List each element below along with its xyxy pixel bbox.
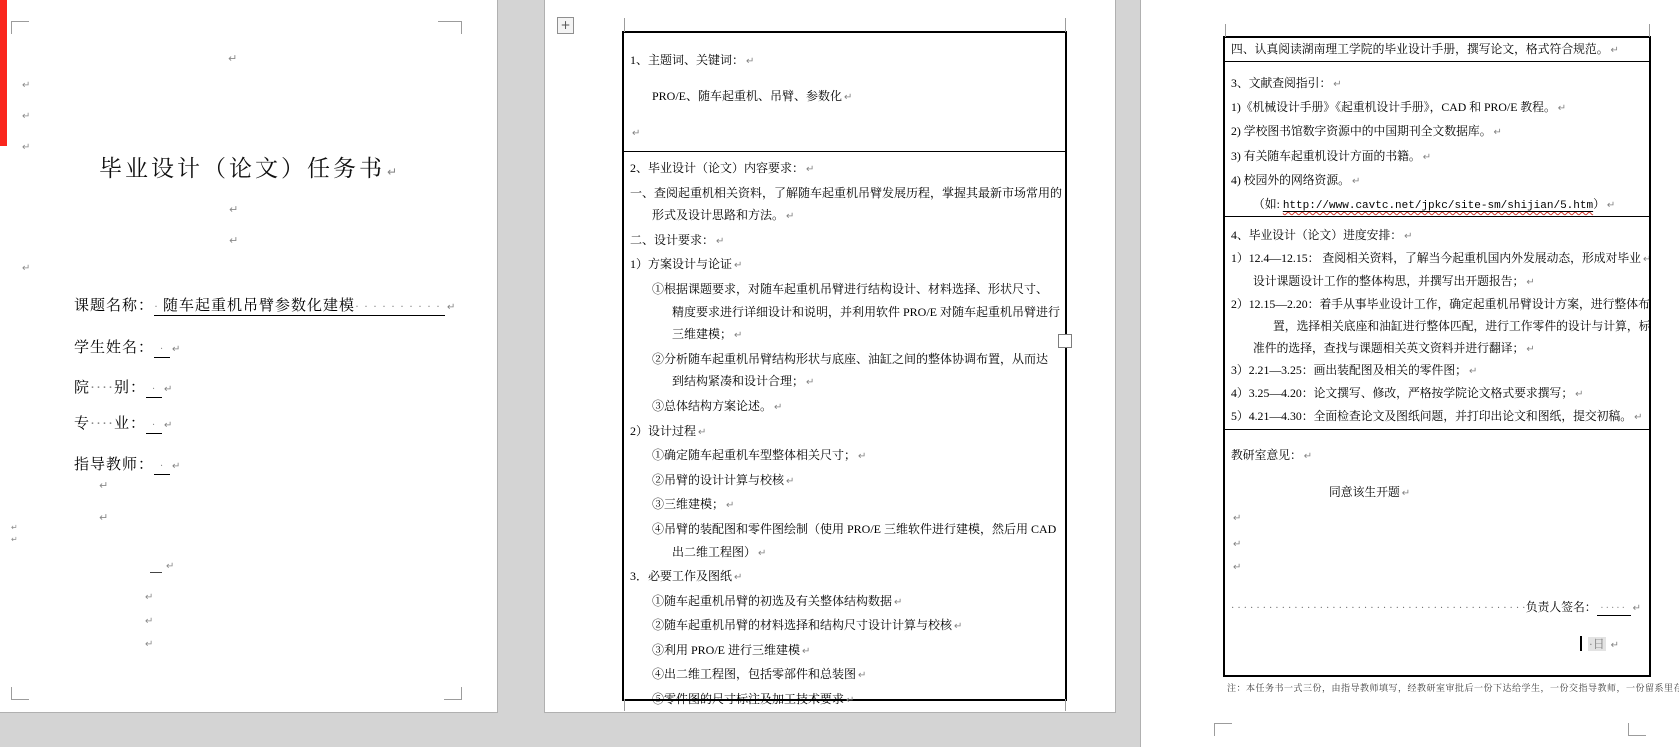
text-line[interactable]: ④出二维工程图，包括零部件和总装图↵ (624, 663, 1065, 688)
field-label: 院 (74, 380, 90, 396)
pilcrow-mark: ↵ (1573, 389, 1583, 400)
field-label: 别： (114, 380, 146, 396)
pilcrow-mark: ↵ (11, 523, 18, 532)
blank-underline[interactable]: · (154, 342, 170, 358)
office-opinion-label: 教研室意见： (1231, 448, 1302, 462)
text-line[interactable]: 四、认真阅读湖南理工学院的毕业设计手册，撰写论文，格式符合规范。↵ (1225, 38, 1649, 62)
text-run: 4）3.25—4.20：论文撰写、修改，严格按学院论文格式要求撰写； (1231, 386, 1573, 400)
field-label: ···· (90, 380, 114, 396)
text-line[interactable]: 1）12.4—12.15： 查阅相关资料，了解当今起重机国内外发展动态，形成对毕… (1225, 248, 1649, 271)
text-line[interactable]: 置，选择相关底座和油缸进行整体匹配，进行工作零件的设计与计算，标 (1225, 316, 1649, 338)
text-cursor (1580, 636, 1582, 651)
text-run: ②随车起重机吊臂的材料选择和结构尺寸设计计算与校核 (652, 618, 952, 632)
left-edge-red-marker (0, 0, 7, 146)
pilcrow-mark: ↵ (22, 80, 30, 91)
text-line[interactable]: 1、主题词、关键词：↵ (624, 43, 1065, 79)
pilcrow-mark: ↵ (170, 344, 181, 355)
pilcrow-mark: ↵ (844, 695, 854, 706)
pilcrow-mark: ↵ (1350, 176, 1360, 187)
text-run: 出二维工程图） (672, 545, 756, 559)
date-line[interactable]: ·日 ↵ (1225, 636, 1649, 654)
text-line[interactable]: ②吊臂的设计计算与校核↵ (624, 469, 1065, 494)
text-line[interactable]: ①根据课题要求，对随车起重机吊臂进行结构设计、材料选择、形状尺寸、 (624, 278, 1065, 301)
margin-crop-mark (1628, 735, 1646, 736)
pilcrow-mark: ↵ (385, 165, 400, 179)
field-label: 学生姓名： (74, 340, 154, 356)
pilcrow-mark: ↵ (1556, 103, 1566, 114)
signature-line[interactable]: ········································… (1225, 599, 1649, 617)
page-title[interactable]: 毕业设计（论文）任务书↵ (99, 150, 400, 183)
pilcrow-mark: ↵ (1402, 231, 1412, 242)
text-line[interactable]: 形式及设计思路和方法。↵ (624, 204, 1065, 229)
pilcrow-mark: ↵ (732, 572, 742, 583)
text-run: 2、毕业设计（论文）内容要求： (630, 161, 804, 175)
text-run: 1）12.4—12.15： 查阅相关资料，了解当今起重机国内外发展动态，形成对毕… (1231, 251, 1641, 265)
pilcrow-mark: ↵ (1641, 254, 1649, 265)
field-value: 随车起重机吊臂参数化建模 (163, 298, 355, 314)
text-run: 2）12.15—2.20：着手从事毕业设计工作，确定起重机吊臂设计方案，进行整体… (1231, 297, 1649, 311)
footnote-text: 注：本任务书一式三份，由指导教师填写，经教研室审批后一份下达给学生，一份交指导教… (1227, 683, 1679, 693)
text-run: 设计课题设计工作的整体构思，并撰写出开题报告； (1253, 274, 1524, 288)
text-run: 3．必要工作及图纸 (630, 569, 732, 583)
margin-crop-mark (1214, 723, 1232, 724)
empty-paragraph[interactable]: ↵ (1225, 535, 1649, 553)
page-2[interactable]: + 1、主题词、关键词：↵PRO/E、随车起重机、吊臂、参数化↵↵ 2、毕业设计… (545, 0, 1115, 712)
text-line[interactable]: 2）设计过程↵ (624, 420, 1065, 445)
text-line[interactable]: ⑤零件图的尺寸标注及加工技术要求↵ (624, 688, 1065, 706)
pilcrow-mark: ↵ (714, 236, 724, 247)
pilcrow-mark: ↵ (784, 476, 794, 487)
pilcrow-mark: ↵ (952, 621, 962, 632)
cover-field[interactable]: 指导教师：·↵ (74, 453, 181, 475)
pilcrow-mark: ↵ (1609, 45, 1619, 56)
text-line[interactable]: 准件的选择，查找与课题相关英文资料并进行翻译；↵ (1225, 338, 1649, 361)
pilcrow-mark: ↵ (744, 56, 754, 67)
margin-crop-mark (11, 699, 29, 700)
bottom-dotted-line[interactable]: ·············↵ (1225, 668, 1649, 671)
text-run: 形式及设计思路和方法。 (652, 208, 784, 222)
text-line[interactable]: ↵ (624, 115, 1065, 151)
field-label: 专 (74, 416, 90, 432)
pilcrow-mark: ↵ (22, 263, 30, 274)
text-line[interactable]: 三维建模；↵ (624, 323, 1065, 348)
dot-leader: ········································… (1231, 601, 1526, 617)
read-handbook-row[interactable]: 四、认真阅读湖南理工学院的毕业设计手册，撰写论文，格式符合规范。↵ (1225, 38, 1649, 62)
margin-crop-mark (11, 21, 29, 22)
blank-dash-mark (150, 560, 162, 573)
pilcrow-mark: ↵ (804, 377, 814, 388)
text-run: 置，选择相关底座和油缸进行整体匹配，进行工作零件的设计与计算，标 (1273, 319, 1649, 333)
text-line[interactable]: 1）方案设计与论证↵ (624, 253, 1065, 278)
text-line[interactable]: 2) 学校图书馆数字资源中的中国期刊全文数据库。↵ (1225, 120, 1649, 144)
text-run: 四、认真阅读湖南理工学院的毕业设计手册，撰写论文，格式符合规范。 (1231, 42, 1609, 56)
pilcrow-mark: ↵ (162, 384, 173, 395)
keywords-row[interactable]: 1、主题词、关键词：↵PRO/E、随车起重机、吊臂、参数化↵↵ (624, 33, 1065, 152)
approval-text-line[interactable]: 同意该生开题↵ (1225, 484, 1649, 502)
margin-crop-mark (438, 21, 462, 22)
text-run: 2) 学校图书馆数字资源中的中国期刊全文数据库。 (1231, 124, 1492, 138)
cover-field[interactable]: 院····别：·↵ (74, 376, 173, 398)
margin-crop-mark (624, 699, 625, 711)
field-value-underlined[interactable]: ·随车起重机吊臂参数化建模·········· (154, 298, 445, 316)
pilcrow-mark: ↵ (22, 111, 30, 122)
blank-underline[interactable]: · (146, 382, 162, 398)
text-run: ①随车起重机吊臂的初选及有关整体结构数据 (652, 594, 892, 608)
text-run: ③利用 PRO/E 进行三维建模 (652, 643, 800, 657)
pilcrow-mark: ↵ (696, 427, 706, 438)
pilcrow-mark: ↵ (772, 402, 782, 413)
pilcrow-mark: ↵ (804, 164, 814, 175)
pilcrow-mark: ↵ (892, 597, 902, 608)
pilcrow-mark: ↵ (1632, 412, 1642, 423)
text-run: 3）2.21—3.25：画出装配图及相关的零件图； (1231, 363, 1467, 377)
office-opinion-row[interactable]: 教研室意见：↵ 同意该生开题↵ ↵ ↵ ↵ ··················… (1225, 430, 1649, 671)
margin-crop-mark (1065, 18, 1066, 32)
pilcrow-mark: ↵ (630, 128, 640, 139)
text-line[interactable]: 2）12.15—2.20：着手从事毕业设计工作，确定起重机吊臂设计方案，进行整体… (1225, 294, 1649, 316)
dot-leader: ·········· (355, 299, 445, 313)
text-line[interactable]: 5）4.21—4.30：全面检查论文及图纸问题，并打印出论文和图纸，提交初稿。↵ (1225, 406, 1649, 429)
text-run: ②分析随车起重机吊臂结构形状与底座、油缸之间的整体协调布置，从而达 (652, 352, 1048, 366)
pilcrow-mark: ↵ (229, 203, 238, 216)
text-line[interactable]: ③利用 PRO/E 进行三维建模↵ (624, 639, 1065, 664)
text-line[interactable]: ③总体结构方案论述。↵ (624, 395, 1065, 420)
pilcrow-mark: ↵ (1631, 601, 1641, 617)
pilcrow-mark: ↵ (145, 616, 153, 627)
cover-field[interactable]: 学生姓名：·↵ (74, 336, 181, 358)
pilcrow-mark: ↵ (162, 420, 173, 431)
pilcrow-mark: ↵ (228, 52, 237, 65)
text-line[interactable]: 精度要求进行详细设计和说明，并利用软件 PRO/E 对随车起重机吊臂进行 (624, 301, 1065, 324)
field-label: ···· (90, 416, 114, 432)
text-run: 1、主题词、关键词： (630, 53, 744, 67)
pilcrow-mark: ↵ (99, 479, 108, 492)
text-run: ③总体结构方案论述。 (652, 399, 772, 413)
margin-crop-mark (444, 699, 462, 700)
text-line[interactable]: 3、文献查阅指引：↵ (1225, 72, 1649, 96)
text-line[interactable]: 出二维工程图）↵ (624, 541, 1065, 566)
text-line[interactable]: ①随车起重机吊臂的初选及有关整体结构数据↵ (624, 590, 1065, 615)
text-run: 4、毕业设计（论文）进度安排： (1231, 228, 1402, 242)
approval-text: 同意该生开题 (1329, 485, 1400, 499)
margin-crop-mark (461, 21, 462, 34)
task-table-page3[interactable]: 四、认真阅读湖南理工学院的毕业设计手册，撰写论文，格式符合规范。↵ 3、文献查阅… (1223, 36, 1651, 677)
pilcrow-mark: ↵ (170, 461, 181, 472)
pilcrow-mark: ↵ (732, 260, 742, 271)
text-line[interactable]: ②随车起重机吊臂的材料选择和结构尺寸设计计算与校核↵ (624, 614, 1065, 639)
text-run: 精度要求进行详细设计和说明，并利用软件 PRO/E 对随车起重机吊臂进行 (672, 305, 1060, 319)
signature-label: 负责人签名： (1526, 599, 1597, 615)
pilcrow-mark: ↵ (1231, 539, 1241, 550)
pilcrow-mark: ↵ (145, 592, 153, 603)
text-run: ④吊臂的装配图和零件图绘制（使用 PRO/E 三维软件进行建模，然后用 CAD (652, 522, 1056, 536)
pilcrow-mark: ↵ (145, 639, 153, 650)
text-line[interactable]: 4）3.25—4.20：论文撰写、修改，严格按学院论文格式要求撰写；↵ (1225, 383, 1649, 406)
text-line[interactable]: 一、查阅起重机相关资料，了解随车起重机吊臂发展历程，掌握其最新市场常用的 (624, 182, 1065, 205)
office-opinion-heading[interactable]: 教研室意见：↵ (1225, 447, 1649, 465)
text-line[interactable]: 3．必要工作及图纸↵ (624, 565, 1065, 590)
pilcrow-mark: ↵ (1331, 79, 1341, 90)
text-run: 5）4.21—4.30：全面检查论文及图纸问题，并打印出论文和图纸，提交初稿。 (1231, 409, 1632, 423)
empty-paragraph[interactable]: ↵ (1225, 509, 1649, 527)
margin-crop-mark (1225, 24, 1226, 37)
page-1[interactable]: 毕业设计（论文）任务书↵ 课题名称：·随车起重机吊臂参数化建模·········… (0, 0, 497, 712)
url-text[interactable]: http://www.cavtc.net/jpkc/site-sm/shijia… (1283, 200, 1593, 212)
text-run: ③三维建模； (652, 497, 724, 511)
text-run: 三维建模； (672, 327, 732, 341)
text-line[interactable]: 1)《机械设计手册》《起重机设计手册》，CAD 和 PRO/E 教程。↵ (1225, 96, 1649, 120)
margin-crop-mark (1214, 723, 1215, 736)
text-line[interactable]: 3) 有关随车起重机设计方面的书籍。↵ (1225, 145, 1649, 169)
pilcrow-mark: ↵ (1302, 451, 1312, 462)
margin-crop-mark (11, 21, 12, 34)
table-resize-handle[interactable] (1058, 334, 1072, 348)
pilcrow-mark: ↵ (732, 330, 742, 341)
text-run: 一、查阅起重机相关资料，了解随车起重机吊臂发展历程，掌握其最新市场常用的 (630, 186, 1062, 200)
text-run: ④出二维工程图，包括零部件和总装图 (652, 667, 856, 681)
pilcrow-mark: ↵ (1421, 152, 1431, 163)
pilcrow-mark: ↵ (1231, 562, 1241, 573)
margin-crop-mark (1649, 24, 1650, 37)
text-line[interactable]: ③三维建模；↵ (624, 493, 1065, 518)
field-label: 课题名称： (74, 298, 154, 314)
text-run: ②吊臂的设计计算与校核 (652, 473, 784, 487)
pilcrow-mark: ↵ (784, 211, 794, 222)
pilcrow-mark: ↵ (800, 646, 810, 657)
text-line[interactable]: （如: http://www.cavtc.net/jpkc/site-sm/sh… (1225, 193, 1649, 217)
text-line[interactable]: ②分析随车起重机吊臂结构形状与底座、油缸之间的整体协调布置，从而达 (624, 348, 1065, 371)
pilcrow-mark: ↵ (11, 535, 18, 544)
pilcrow-mark: ↵ (1492, 127, 1502, 138)
pilcrow-mark: ↵ (856, 451, 866, 462)
pilcrow-mark: ↵ (1467, 366, 1477, 377)
task-table-page2[interactable]: 1、主题词、关键词：↵PRO/E、随车起重机、吊臂、参数化↵↵ 2、毕业设计（论… (622, 31, 1067, 701)
space-mark: · (154, 299, 163, 313)
cover-field[interactable]: 课题名称：·随车起重机吊臂参数化建模··········↵ (74, 294, 456, 316)
text-run: 准件的选择，查找与课题相关英文资料并进行翻译； (1253, 341, 1524, 355)
pilcrow-mark: ↵ (724, 500, 734, 511)
text-line[interactable]: 二、设计要求：↵ (624, 229, 1065, 254)
blank-underline[interactable]: · (146, 418, 162, 434)
text-run: PRO/E、随车起重机、吊臂、参数化 (652, 89, 842, 103)
pilcrow-mark: ↵ (856, 670, 866, 681)
page-3[interactable]: 四、认真阅读湖南理工学院的毕业设计手册，撰写论文，格式符合规范。↵ 3、文献查阅… (1140, 0, 1679, 747)
pilcrow-mark: ↵ (1400, 488, 1410, 499)
blank-underline[interactable]: · (154, 459, 170, 475)
field-label: 指导教师： (74, 457, 154, 473)
margin-crop-mark (1065, 699, 1066, 711)
empty-paragraph[interactable]: ↵ (1225, 558, 1649, 576)
text-run: 到结构紧凑和设计合理； (672, 374, 804, 388)
text-line[interactable]: PRO/E、随车起重机、吊臂、参数化↵ (624, 79, 1065, 115)
text-line[interactable]: 设计课题设计工作的整体构思，并撰写出开题报告；↵ (1225, 271, 1649, 294)
pilcrow-mark: ↵ (1231, 513, 1241, 524)
spellcheck-wavy-underline: http://www.cavtc.net/jpkc/site-sm/shijia… (1283, 197, 1593, 211)
text-line[interactable]: 4、毕业设计（论文）进度安排：↵ (1225, 225, 1649, 248)
margin-crop-mark (624, 18, 625, 32)
text-run: （如: (1253, 197, 1283, 211)
text-run: ⑤零件图的尺寸标注及加工技术要求 (652, 692, 844, 706)
pilcrow-mark: ↵ (756, 548, 766, 559)
signature-blank[interactable]: ····· (1597, 602, 1631, 616)
pilcrow-mark: ↵ (1605, 200, 1615, 211)
text-run: ①确定随车起重机车型整体相关尺寸； (652, 448, 856, 462)
reference-guide-row[interactable]: 3、文献查阅指引：↵1)《机械设计手册》《起重机设计手册》，CAD 和 PRO/… (1225, 62, 1649, 217)
text-run: ①根据课题要求，对随车起重机吊臂进行结构设计、材料选择、形状尺寸、 (652, 282, 1048, 296)
text-run: ） (1593, 197, 1605, 211)
pilcrow-mark: ↵ (1524, 277, 1534, 288)
text-line[interactable]: 到结构紧凑和设计合理；↵ (624, 370, 1065, 395)
pilcrow-mark: ↵ (842, 92, 852, 103)
text-run: 3、文献查阅指引： (1231, 76, 1331, 90)
text-run: 3) 有关随车起重机设计方面的书籍。 (1231, 149, 1421, 163)
date-field[interactable]: ·日 (1588, 637, 1606, 651)
pilcrow-mark: ↵ (99, 511, 108, 524)
word-processor-canvas: 毕业设计（论文）任务书↵ 课题名称：·随车起重机吊臂参数化建模·········… (0, 0, 1679, 747)
field-label: 业： (114, 416, 146, 432)
text-line[interactable]: 4) 校园外的网络资源。↵ (1225, 169, 1649, 193)
text-line[interactable]: ④吊臂的装配图和零件图绘制（使用 PRO/E 三维软件进行建模，然后用 CAD (624, 518, 1065, 541)
text-line[interactable]: 3）2.21—3.25：画出装配图及相关的零件图；↵ (1225, 360, 1649, 383)
text-run: 1)《机械设计手册》《起重机设计手册》，CAD 和 PRO/E 教程。 (1231, 100, 1556, 114)
text-run: 4) 校园外的网络资源。 (1231, 173, 1350, 187)
pilcrow-mark: ↵ (22, 142, 30, 153)
pilcrow-mark: ↵ (229, 234, 238, 247)
footnote: 注：本任务书一式三份，由指导教师填写，经教研室审批后一份下达给学生，一份交指导教… (1227, 681, 1679, 694)
text-run: 1）方案设计与论证 (630, 257, 732, 271)
pilcrow-mark: ↵ (1609, 640, 1619, 651)
pilcrow-mark: ↵ (445, 302, 456, 313)
schedule-row[interactable]: 4、毕业设计（论文）进度安排：↵1）12.4—12.15： 查阅相关资料，了解当… (1225, 217, 1649, 430)
pilcrow-mark: ↵ (1524, 344, 1534, 355)
text-line[interactable]: ①确定随车起重机车型整体相关尺寸；↵ (624, 444, 1065, 469)
text-line[interactable]: 2、毕业设计（论文）内容要求：↵ (624, 157, 1065, 182)
text-run: 二、设计要求： (630, 233, 714, 247)
content-requirements-row[interactable]: 2、毕业设计（论文）内容要求：↵一、查阅起重机相关资料，了解随车起重机吊臂发展历… (624, 152, 1065, 706)
table-move-handle-icon[interactable]: + (557, 17, 574, 34)
page-title-text: 毕业设计（论文）任务书 (99, 156, 385, 181)
dotted-text: ············· (1231, 669, 1308, 671)
cover-field[interactable]: 专····业：·↵ (74, 412, 173, 434)
pilcrow-mark: ↵ (166, 561, 174, 572)
text-run: 2）设计过程 (630, 424, 696, 438)
